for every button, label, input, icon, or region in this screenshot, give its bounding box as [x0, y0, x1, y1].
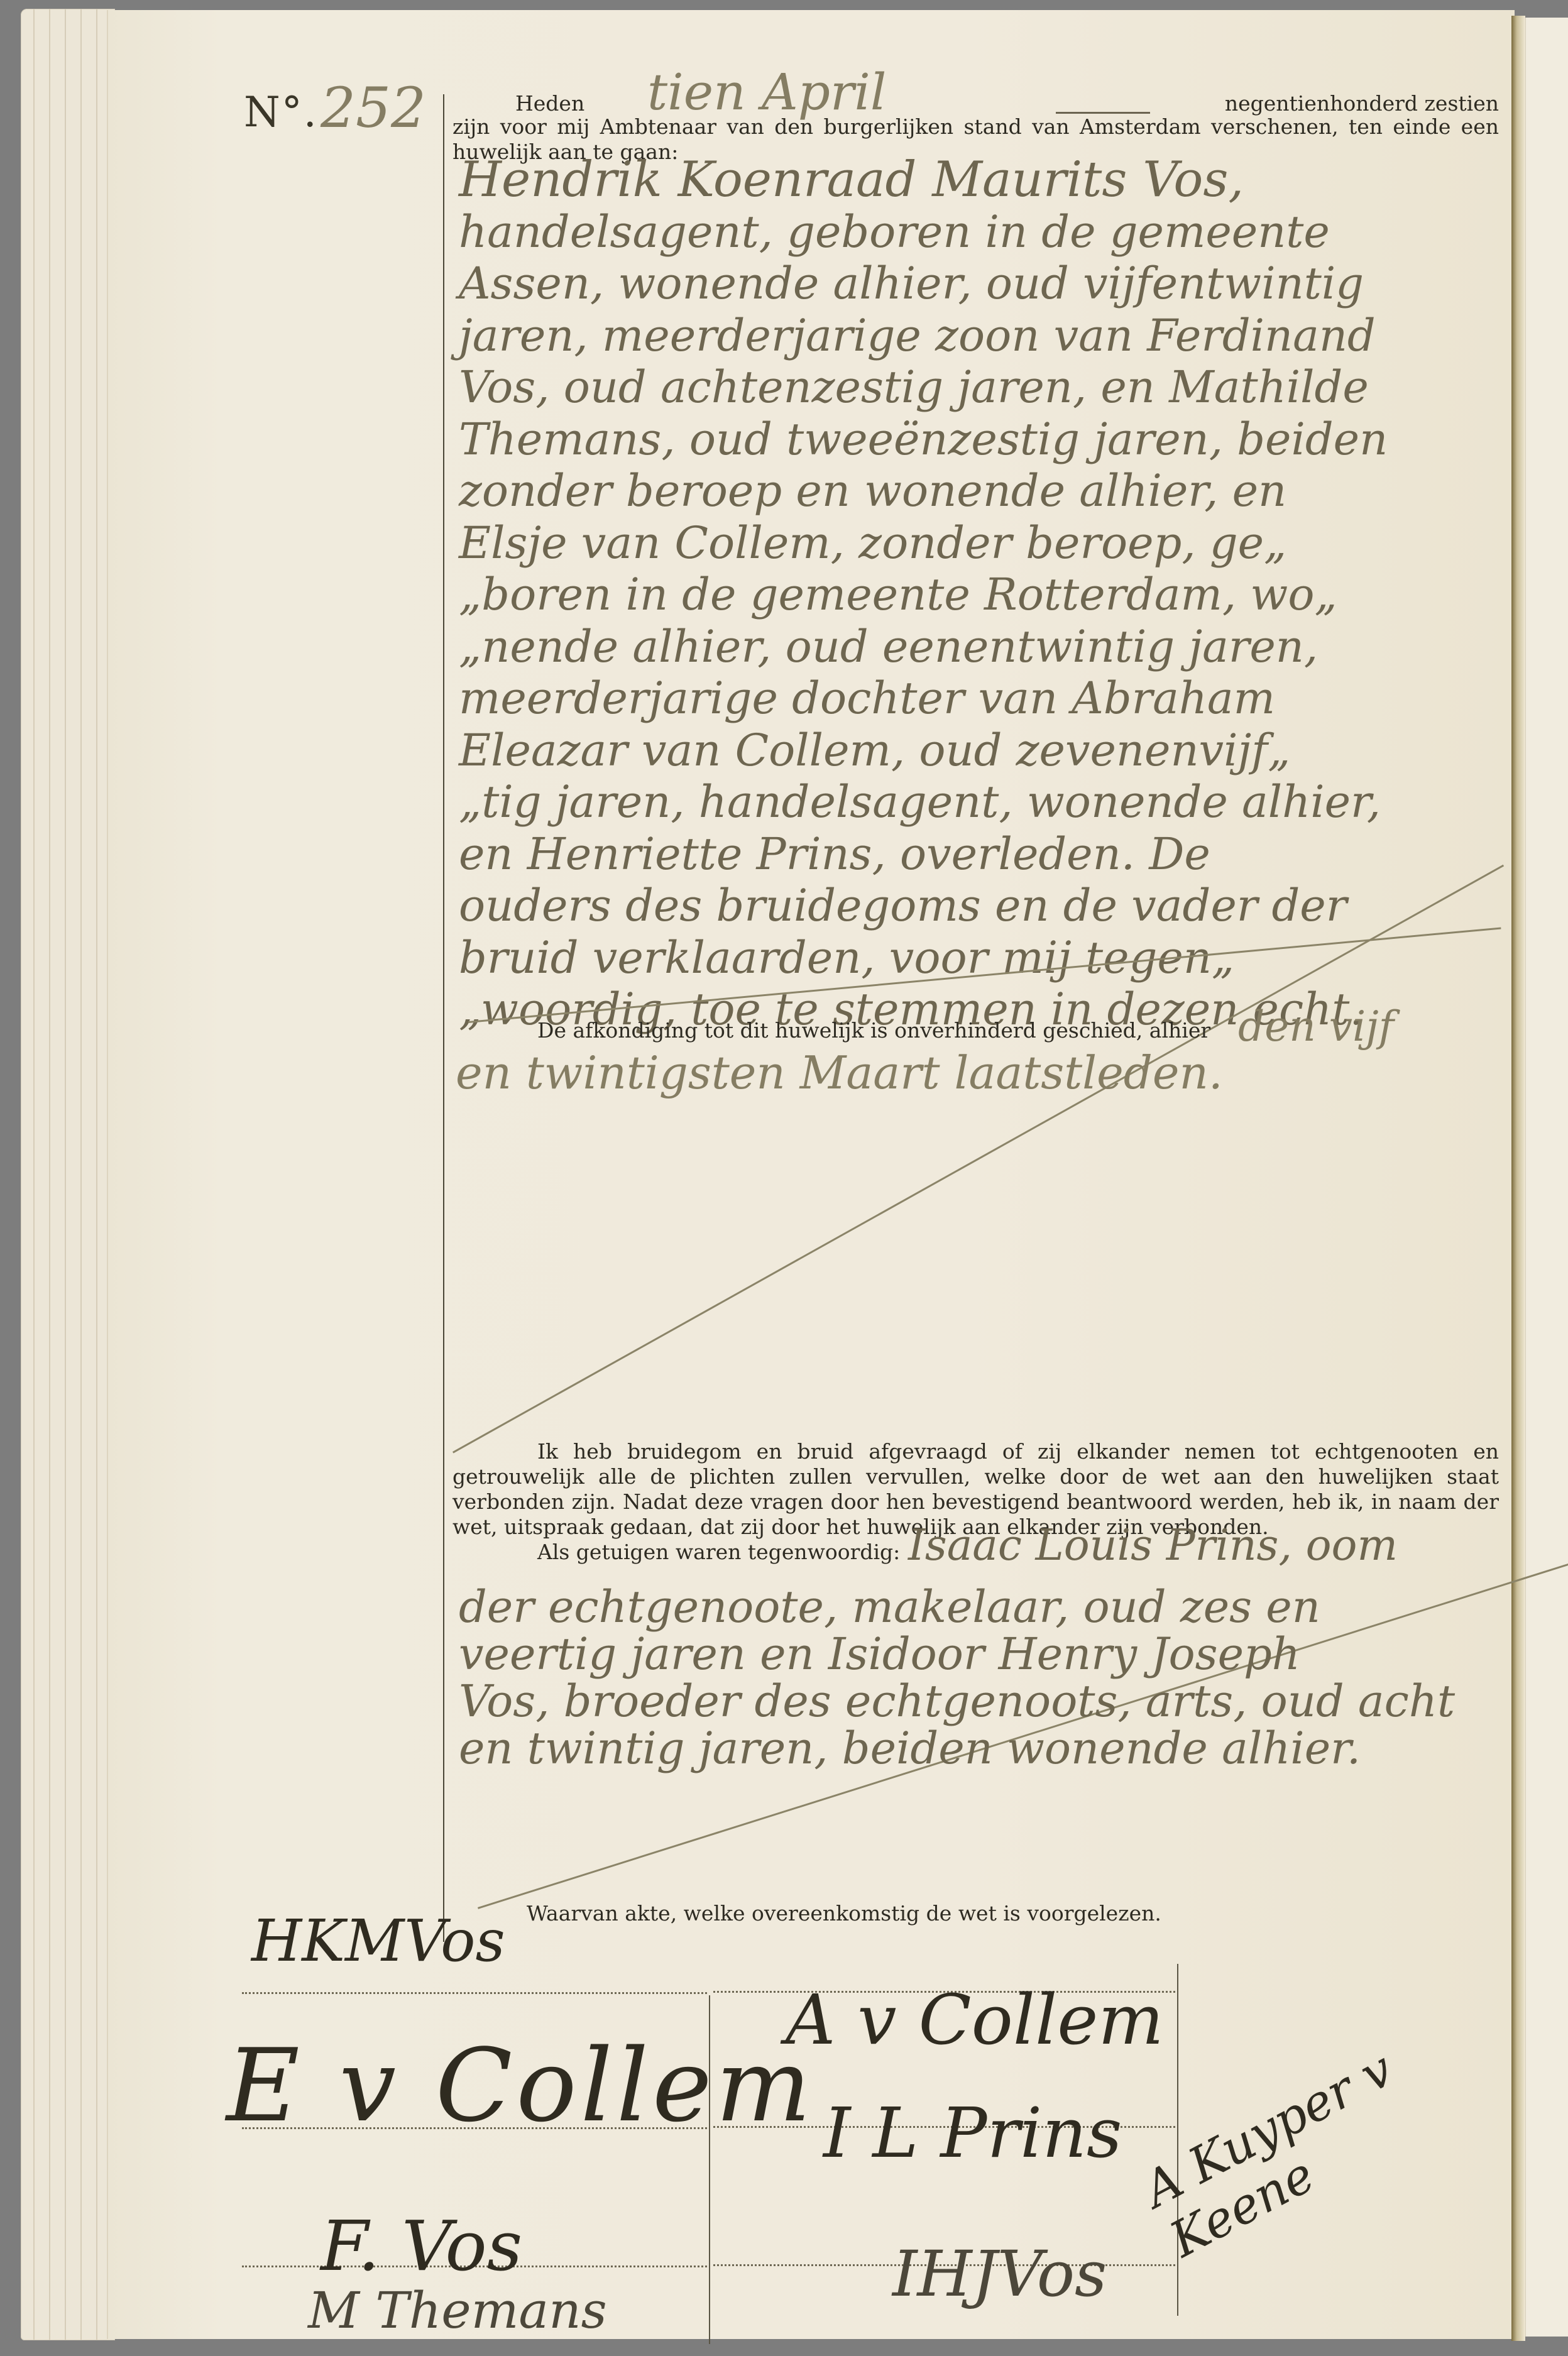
signature-father-groom: F. Vos [321, 2206, 522, 2286]
handwritten-line: Hendrik Koenraad Maurits Vos, [459, 154, 1502, 206]
signature-line [242, 1992, 707, 1994]
handwritten-line: Themans, oud tweeënzestig jaren, beiden [459, 414, 1502, 466]
proclamation-printed: De afkondiging tot dit huwelijk is onver… [537, 1018, 1210, 1043]
proclamation-handwritten-2: en twintigsten Maart laatstleden. [456, 1046, 1223, 1099]
parties-handwritten: Hendrik Koenraad Maurits Vos, handelsage… [459, 154, 1502, 1036]
marriage-date-handwritten: tien April [647, 63, 886, 121]
handwritten-line: meerderjarige dochter van Abraham [459, 672, 1502, 725]
signature-mother-groom: M Themans [308, 2281, 607, 2340]
signature-bride: E v Collem [226, 2027, 814, 2144]
handwritten-line: handelsagent, geboren in de gemeente [459, 206, 1502, 258]
year-printed: negentienhonderd zestien [1225, 91, 1499, 116]
witnesses-label: Als getuigen waren tegenwoordig: [537, 1540, 900, 1565]
proclamation-handwritten-1: den vijf [1238, 1002, 1394, 1051]
handwritten-line: jaren, meerderjarige zoon van Ferdinand [459, 310, 1502, 362]
signature-witness-2: IHJVos [892, 2237, 1107, 2311]
signature-father-bride: A v Collem [786, 1980, 1164, 2060]
signature-column-rule [1177, 1964, 1178, 2316]
handwritten-line: „boren in de gemeente Rotterdam, wo„ [459, 569, 1502, 621]
handwritten-line: en Henriette Prins, overleden. De [459, 828, 1502, 880]
date-fill-dash [1056, 112, 1150, 114]
handwritten-line: en twintig jaren, beiden wonende alhier. [459, 1725, 1502, 1772]
book-gutter [1511, 16, 1525, 2341]
facing-page-edge [1525, 18, 1568, 2337]
closing-printed: Waarvan akte, welke overeenkomstig de we… [527, 1901, 1161, 1926]
handwritten-line: „tig jaren, handelsagent, wonende alhier… [459, 776, 1502, 828]
heden-label: Heden [515, 91, 584, 116]
handwritten-line: Assen, wonende alhier, oud vijfentwintig [459, 258, 1502, 310]
handwritten-line: Vos, oud achtenzestig jaren, en Mathilde [459, 361, 1502, 414]
handwritten-line: Vos, broeder des echtgenoots, arts, oud … [459, 1678, 1502, 1725]
handwritten-line: Elsje van Collem, zonder beroep, ge„ [459, 517, 1502, 569]
handwritten-line: ouders des bruidegoms en de vader der [459, 880, 1502, 932]
handwritten-line: der echtgenoote, makelaar, oud zes en [459, 1584, 1502, 1631]
margin-rule [443, 94, 444, 1942]
handwritten-line: veertig jaren en Isidoor Henry Joseph [459, 1631, 1502, 1678]
signature-witness-1: I L Prins [823, 2093, 1122, 2173]
handwritten-line: zonder beroep en wonende alhier, en [459, 465, 1502, 517]
entry-number-label: N°. [244, 88, 318, 136]
witnesses-handwritten: der echtgenoote, makelaar, oud zes en ve… [459, 1584, 1502, 1772]
handwritten-line: „nende alhier, oud eenentwintig jaren, [459, 621, 1502, 673]
entry-number: 252 [321, 75, 426, 140]
page-stack-edges [21, 9, 115, 2340]
handwritten-line: Eleazar van Collem, oud zevenenvijf„ [459, 725, 1502, 777]
witnesses-handwritten-first: Isaac Louis Prins, oom [908, 1521, 1398, 1570]
signature-groom: HKMVos [251, 1907, 505, 1975]
